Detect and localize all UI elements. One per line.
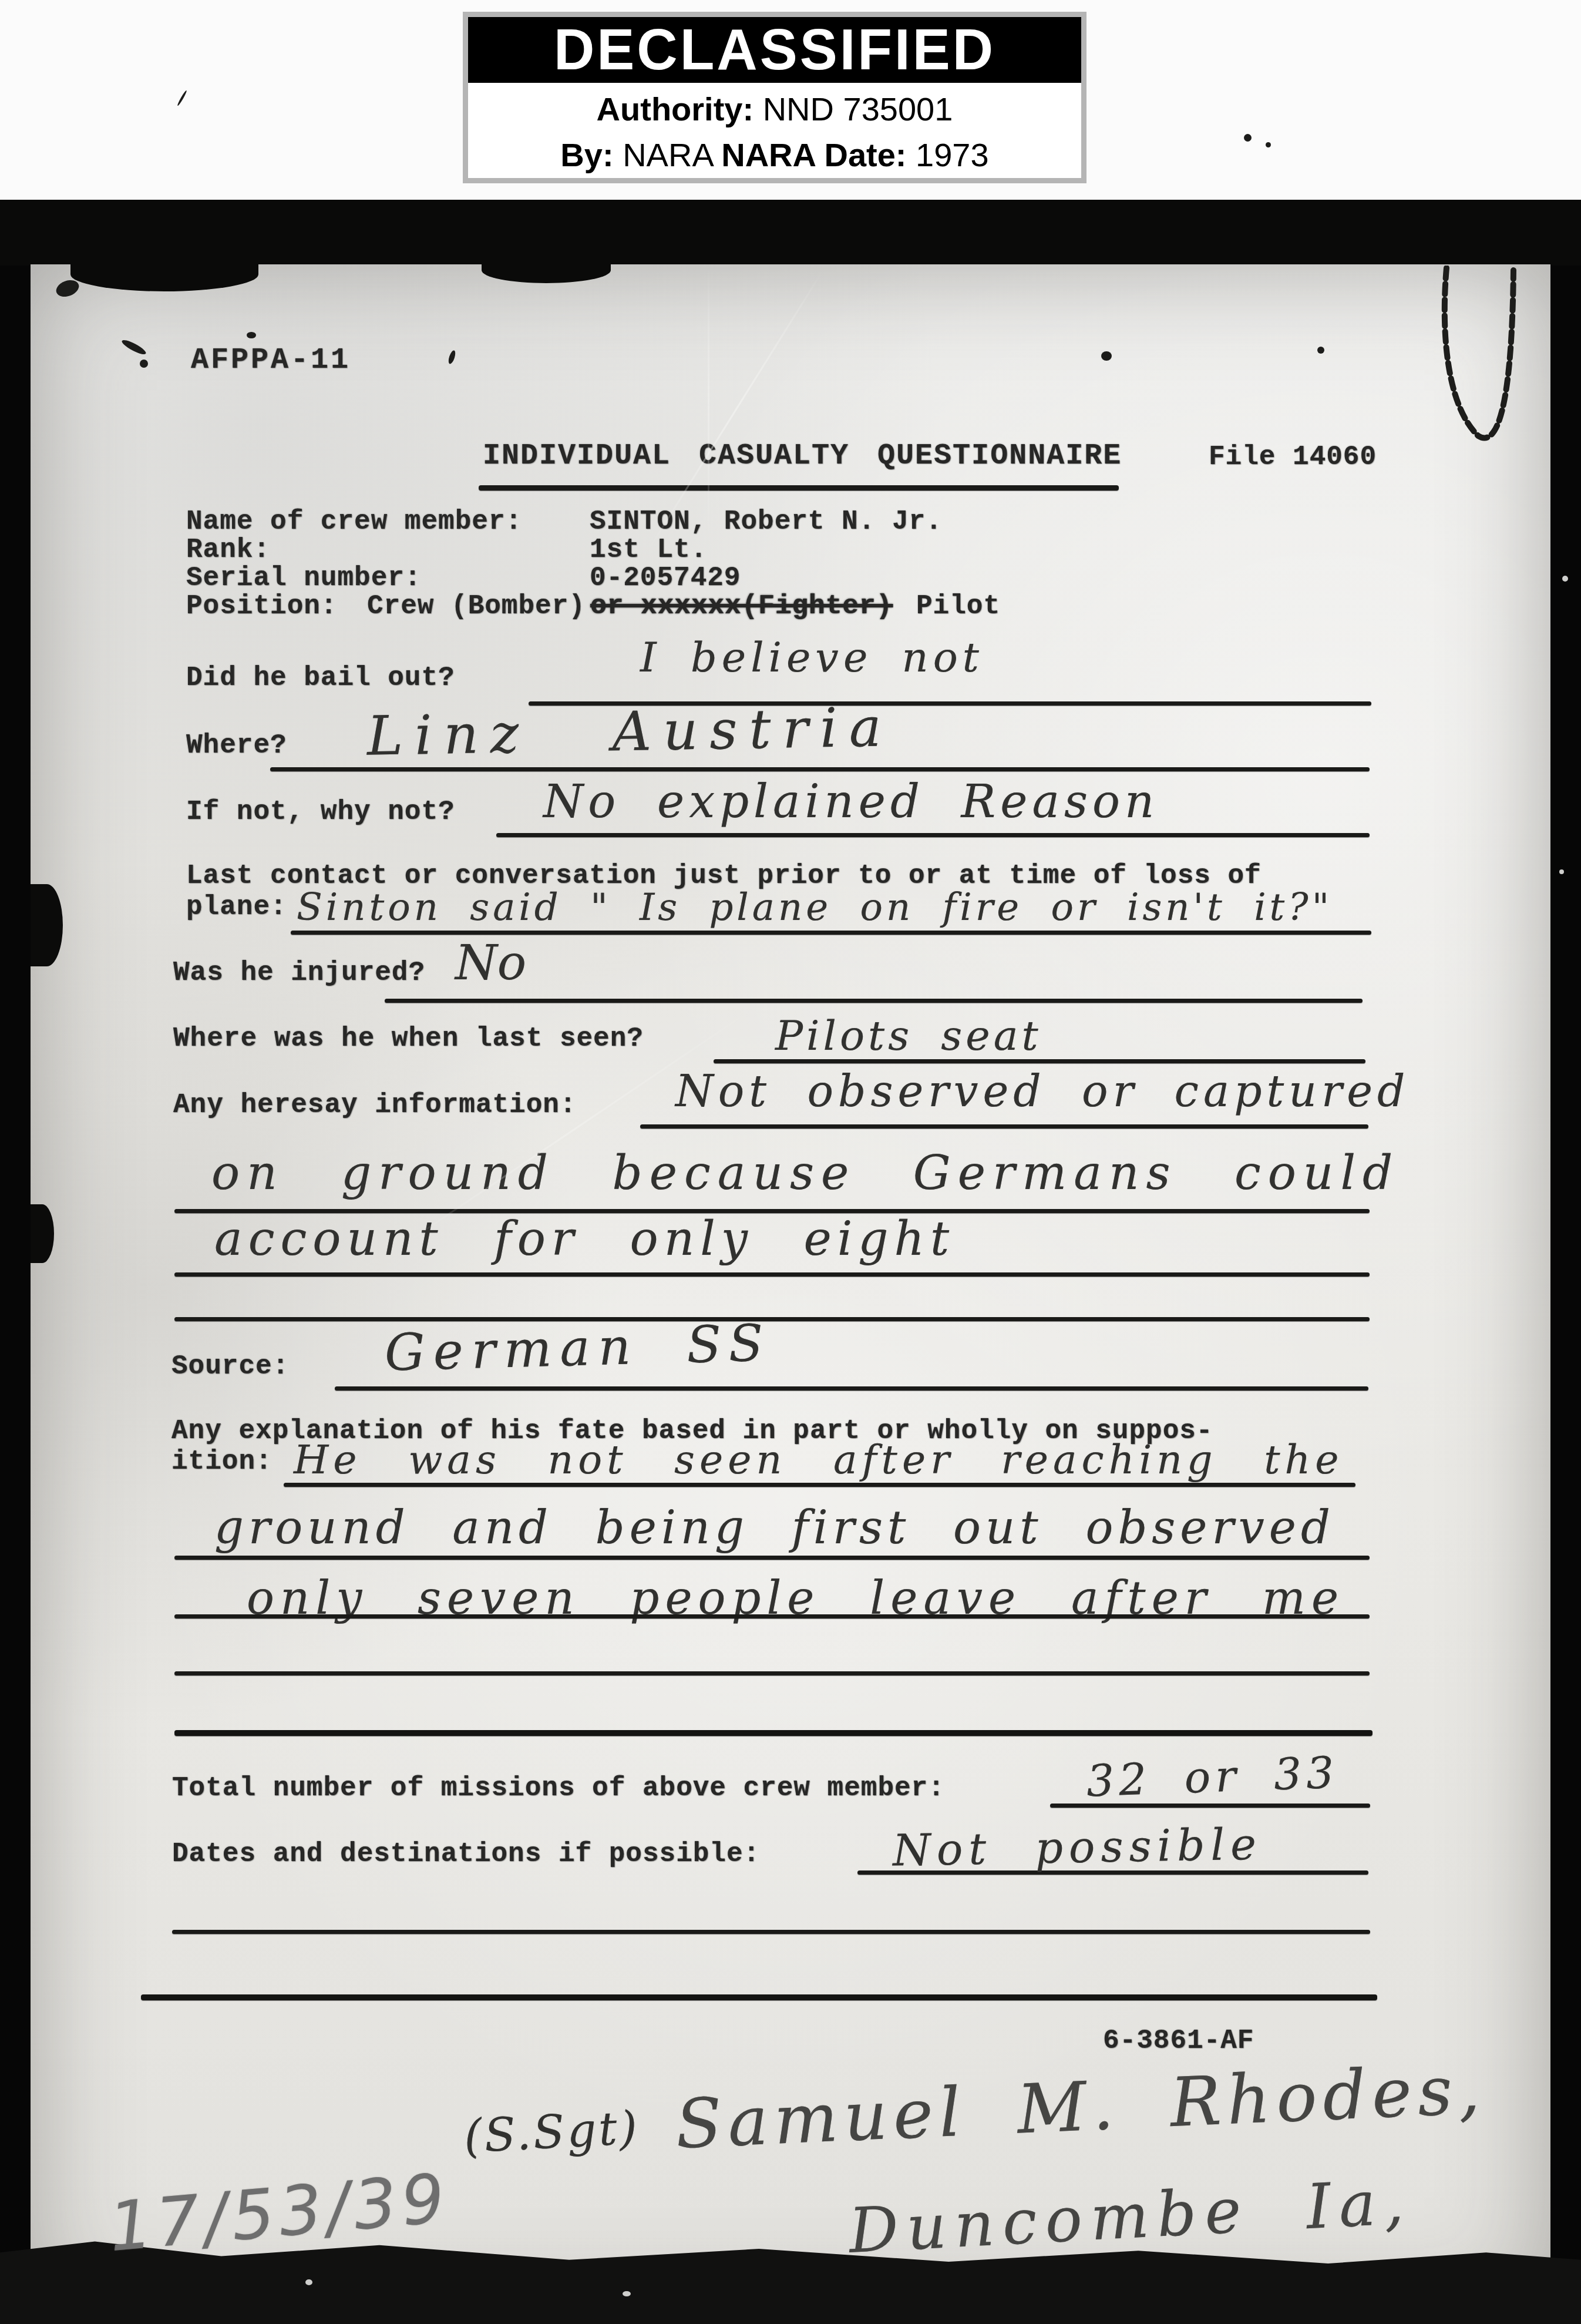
name-label: Name of crew member: [186, 506, 522, 537]
stray-mark [140, 360, 148, 368]
answer-line [270, 767, 1370, 771]
top-scan-border [0, 200, 1581, 266]
declassified-stamp: DECLASSIFIED Authority: NND 735001 By: N… [463, 12, 1086, 183]
stray-mark [247, 332, 256, 338]
missions-label: Total number of missions of above crew m… [172, 1773, 945, 1804]
dates-answer: Not possible [892, 1819, 1262, 1876]
form-number: AFPPA-11 [191, 344, 351, 377]
scan-border-blob [482, 257, 611, 283]
position-final: Pilot [916, 591, 1000, 622]
why-not-label: If not, why not? [186, 797, 455, 827]
answer-line [174, 1730, 1373, 1736]
answer-line [141, 1994, 1377, 2000]
source-label: Source: [171, 1351, 289, 1382]
answer-line [714, 1059, 1365, 1063]
answer-line [385, 999, 1363, 1003]
hearsay-label: Any heresay information: [173, 1090, 577, 1120]
explanation-answer-line2: ground and being first out observed [214, 1502, 1335, 1554]
position-label: Position: [186, 591, 337, 622]
hearsay-answer-line3: account for only eight [214, 1211, 955, 1266]
by-label: By: [560, 136, 613, 173]
scan-scratch [708, 267, 709, 538]
serial-value: 0-2057429 [590, 563, 741, 593]
why-not-answer: No explained Reason [543, 775, 1159, 828]
rank-label: Rank: [186, 535, 270, 565]
scan-border-blob [31, 884, 63, 966]
last-contact-answer: Sinton said " Is plane on fire or isn't … [297, 886, 1333, 929]
answer-line [174, 1556, 1370, 1560]
name-value: SINTON, Robert N. Jr. [590, 506, 943, 537]
scan-dust [305, 2279, 312, 2285]
last-contact-label-line2: plane: [186, 892, 287, 922]
answer-line [174, 1614, 1370, 1618]
stamp-authority-line: Authority: NND 735001 [468, 90, 1081, 129]
answer-line [291, 931, 1371, 935]
pen-u-mark [1436, 266, 1524, 459]
hearsay-answer-line1: Not observed or captured [675, 1066, 1410, 1117]
where-answer: Linz Austria [366, 696, 893, 768]
scan-dust [623, 2291, 631, 2296]
injured-label: Was he injured? [173, 958, 425, 988]
title-underline [479, 485, 1119, 491]
scan-border-blob [70, 257, 258, 291]
authority-value: NND 735001 [754, 90, 953, 127]
answer-line [174, 1317, 1370, 1321]
explanation-label-line2: ition: [171, 1446, 273, 1477]
scanned-document-page: DECLASSIFIED Authority: NND 735001 By: N… [0, 0, 1581, 2324]
explanation-answer-line1: He was not seen after reaching the [294, 1437, 1344, 1483]
bail-out-answer: I believe not [640, 633, 984, 681]
last-seen-answer: Pilots seat [775, 1012, 1042, 1060]
scan-dust [1559, 869, 1564, 874]
where-label: Where? [186, 730, 287, 761]
stamp-by-line: By: NARA NARA Date: 1973 [468, 136, 1081, 174]
authority-label: Authority: [597, 90, 754, 127]
hearsay-answer-line2: on ground because Germans could [211, 1146, 1400, 1200]
dates-label: Dates and destinations if possible: [172, 1839, 760, 1869]
scan-dust [1562, 576, 1568, 582]
document-number: 6-3861-AF [1103, 2026, 1254, 2056]
by-value: NARA [614, 136, 722, 173]
answer-line [174, 1671, 1370, 1675]
bail-out-label: Did he bail out? [186, 663, 455, 693]
answer-line [640, 1124, 1368, 1129]
answer-line [284, 1483, 1355, 1487]
serial-label: Serial number: [186, 563, 421, 593]
position-struck-text: or xxxxxx(Fighter) [590, 591, 893, 622]
scan-border-blob [31, 1204, 54, 1263]
injured-answer: No [455, 935, 526, 991]
declassified-title: DECLASSIFIED [554, 17, 995, 83]
declassified-stamp-header: DECLASSIFIED [468, 17, 1081, 83]
nara-date-value: 1973 [907, 136, 989, 173]
stray-mark [1244, 134, 1252, 142]
position-value: Crew (Bomber) [367, 591, 586, 622]
missions-answer: 32 or 33 [1086, 1748, 1340, 1807]
file-number: File 14060 [1209, 442, 1377, 472]
nara-date-label: NARA Date: [721, 136, 906, 173]
last-seen-label: Where was he when last seen? [173, 1023, 644, 1054]
answer-line [174, 1272, 1370, 1277]
source-answer: German SS [384, 1314, 772, 1382]
answer-line [496, 833, 1370, 837]
answer-line [172, 1930, 1370, 1934]
stray-mark [1101, 351, 1112, 361]
signer-rank: (S.Sgt) [463, 2101, 641, 2164]
answer-line [335, 1386, 1368, 1391]
stray-mark [1266, 142, 1271, 147]
stray-mark [1317, 347, 1324, 354]
form-title: INDIVIDUAL CASUALTY QUESTIONNAIRE [483, 439, 1122, 473]
